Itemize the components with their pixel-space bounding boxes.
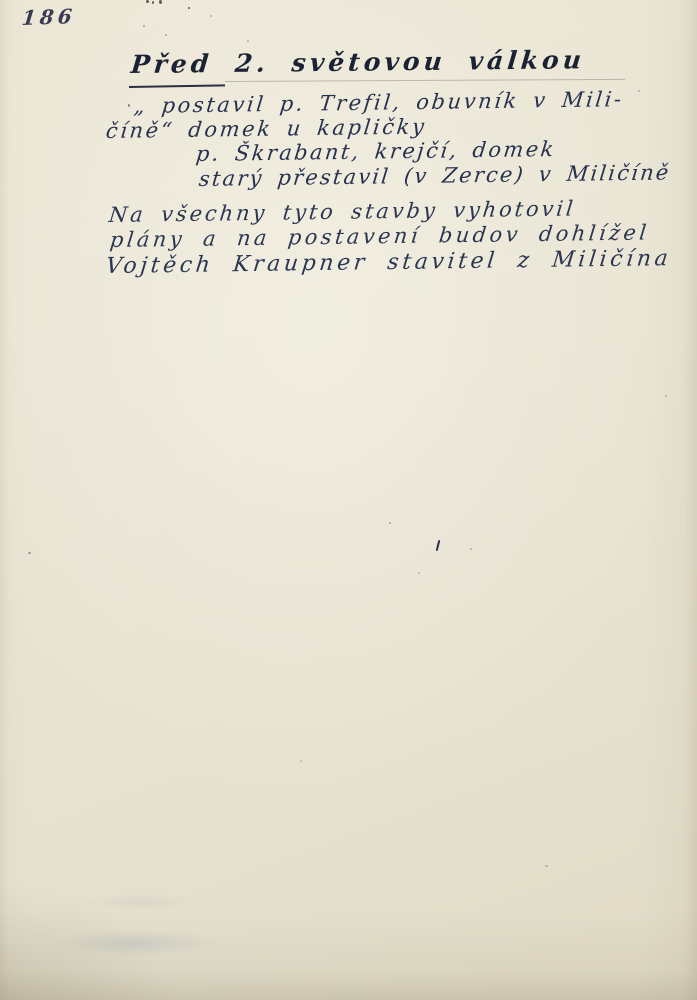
ink-speck: [638, 90, 640, 92]
handwritten-line: „ postavil p. Trefil, obuvník v Mili-: [133, 87, 625, 118]
page-corner-shadow: [0, 880, 180, 1000]
ink-speck: [152, 1, 154, 4]
faint-ruled-line: [225, 79, 625, 82]
ink-speck: [545, 865, 548, 867]
page-number: 186: [21, 4, 77, 30]
scanned-page: 186 Před 2. světovou válkou „ postavil p…: [0, 0, 697, 1000]
ink-speck: [143, 25, 145, 27]
ink-speck: [210, 15, 212, 17]
ink-speck: [28, 552, 31, 554]
ink-speck: [247, 40, 249, 42]
ink-speck: [665, 395, 667, 397]
ink-speck: [128, 104, 130, 107]
page-title: Před 2. světovou válkou: [130, 45, 587, 79]
ink-speck: [146, 0, 149, 3]
ink-speck: [389, 522, 391, 524]
handwritten-line: Vojtěch Kraupner stavitel z Miličína: [105, 246, 673, 279]
ink-speck: [188, 7, 190, 9]
ink-speck: [418, 572, 420, 574]
stray-ink-mark: [436, 540, 441, 551]
ink-speck: [300, 760, 302, 762]
handwritten-line: p. Škrabant, krejčí, domek: [195, 137, 557, 166]
title-underline: [129, 84, 225, 88]
ink-speck: [159, 0, 162, 4]
ink-speck: [165, 34, 167, 36]
ink-speck: [470, 548, 472, 550]
